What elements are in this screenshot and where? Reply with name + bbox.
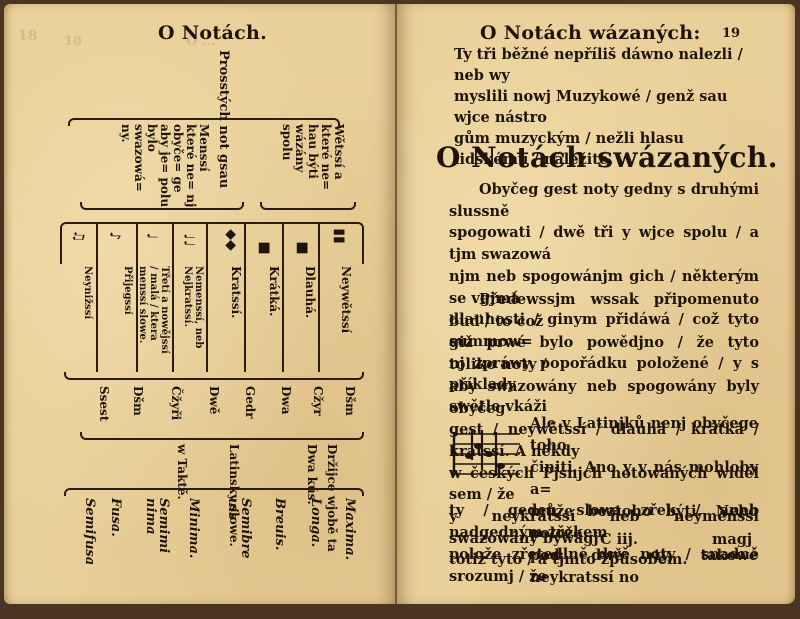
- syllable-count: Gedr: [243, 386, 256, 419]
- branch-label-text: Menssí které ne= nj obyče= ge aby je= po…: [119, 124, 211, 207]
- syllable-count: Dwě: [207, 386, 220, 414]
- latin-name: Semimi nima: [144, 498, 170, 558]
- text-line: Obyčeg gest noty gedny s druhými slussně: [449, 179, 759, 222]
- text-line: polože zřetedlně dwě noty / snadně srozu…: [449, 544, 759, 588]
- latin-name: Breuis.: [273, 498, 286, 550]
- note-name: Nemenssí, neb Nejkratssí.: [182, 266, 204, 356]
- longa-note-icon: ■: [295, 241, 311, 254]
- column-divider: [282, 222, 284, 372]
- group-note: Držijce wjobě ta: [325, 444, 338, 552]
- latin-name: Semibre uis: [226, 498, 252, 558]
- syllable-brace: [80, 432, 364, 440]
- latin-name: Semifusa: [83, 498, 96, 565]
- note-name: Přijegssí: [121, 266, 134, 315]
- semiminima-note-icon: ♩: [143, 233, 159, 240]
- branch-label-text: Wětssí a které ne= hau býti wázány spolu: [280, 124, 346, 190]
- text-line: Ale v Latinjků nenj obyčege toho: [530, 413, 758, 457]
- brace-larger: [260, 202, 356, 210]
- syllable-count: Čžyři: [169, 386, 182, 420]
- latin-brace: [64, 488, 364, 496]
- minima-note-icon: ♩♩: [181, 233, 197, 246]
- note-name: Kratssí.: [229, 266, 242, 318]
- note-name: Dlauhá.: [303, 266, 316, 318]
- latin-name: Maxima.: [343, 498, 356, 560]
- latin-name: Fusa.: [109, 498, 122, 537]
- ghost-page-number: 18: [18, 28, 37, 44]
- column-divider: [206, 222, 208, 372]
- text-line: činiti. Ano y v nás mohloby a=: [530, 457, 758, 501]
- latin-name: Longa.: [309, 498, 322, 547]
- semifusa-note-icon: ♫: [70, 230, 86, 243]
- fusa-note-icon: ♪: [106, 232, 122, 241]
- catchword: magj: [712, 531, 752, 548]
- column-divider: [244, 222, 246, 372]
- note-name: Neynižssí: [81, 266, 94, 319]
- semibrevis-note-icon: ◆◆: [223, 229, 239, 251]
- branch-label-larger: Wětssí a které ne= hau býti wázány spolu: [280, 124, 345, 204]
- column-divider: [96, 222, 98, 372]
- lower-brace: [64, 372, 364, 380]
- maxima-note-icon: ▮▮: [332, 228, 348, 243]
- text-line: giž prwé bylo powědjno / že tyto tolikо …: [449, 332, 759, 375]
- syllable-count: Dwa: [279, 386, 292, 415]
- column-divider: [172, 222, 174, 372]
- latin-name: Minima.: [187, 498, 200, 558]
- branch-label-smaller: Menssí které ne= nj obyče= ge aby je= po…: [119, 124, 210, 209]
- signature-mark: C iij.: [600, 531, 638, 548]
- note-name: Třetí a nowějssí / malá / ktera menssí s…: [137, 266, 170, 356]
- syllable-count: Dšm: [343, 386, 356, 416]
- brevis-note-icon: ■: [257, 241, 273, 254]
- column-divider: [318, 222, 320, 372]
- text-line: Ty tři běžné nepříliš dáwno nalezli / ne…: [454, 44, 754, 86]
- ligature-staff-icon: [452, 430, 522, 482]
- left-page-header: O Notách.: [158, 22, 267, 44]
- section-title: O Notách swázaných.: [436, 141, 778, 174]
- note-name: Krátká.: [267, 266, 280, 316]
- syllable-count: Dšm: [131, 386, 144, 416]
- syllable-count: Cžyr: [311, 386, 324, 416]
- text-line: spogowati / dwě tři y wjce spolu / a tjm…: [449, 222, 759, 265]
- gutter: [395, 4, 397, 604]
- note-values-diagram: Prosstých not gsau Wětssí a které ne= ha…: [60, 110, 380, 560]
- right-page-header: O Notách wázaných:: [480, 22, 701, 44]
- page-number: 19: [722, 26, 740, 41]
- note-name: Neywětssí: [339, 266, 352, 333]
- text-line: Předewssjm wssak připomenuto buď / to co…: [449, 289, 759, 332]
- syllable-count: Ssest: [97, 386, 110, 421]
- text-line: myslili nowj Muzykowé / genž sau wjce ná…: [454, 86, 754, 128]
- brace-smaller: [80, 202, 244, 210]
- book-spread: 18 O ... O Notách. 18 Prosstých not gsau…: [0, 0, 800, 619]
